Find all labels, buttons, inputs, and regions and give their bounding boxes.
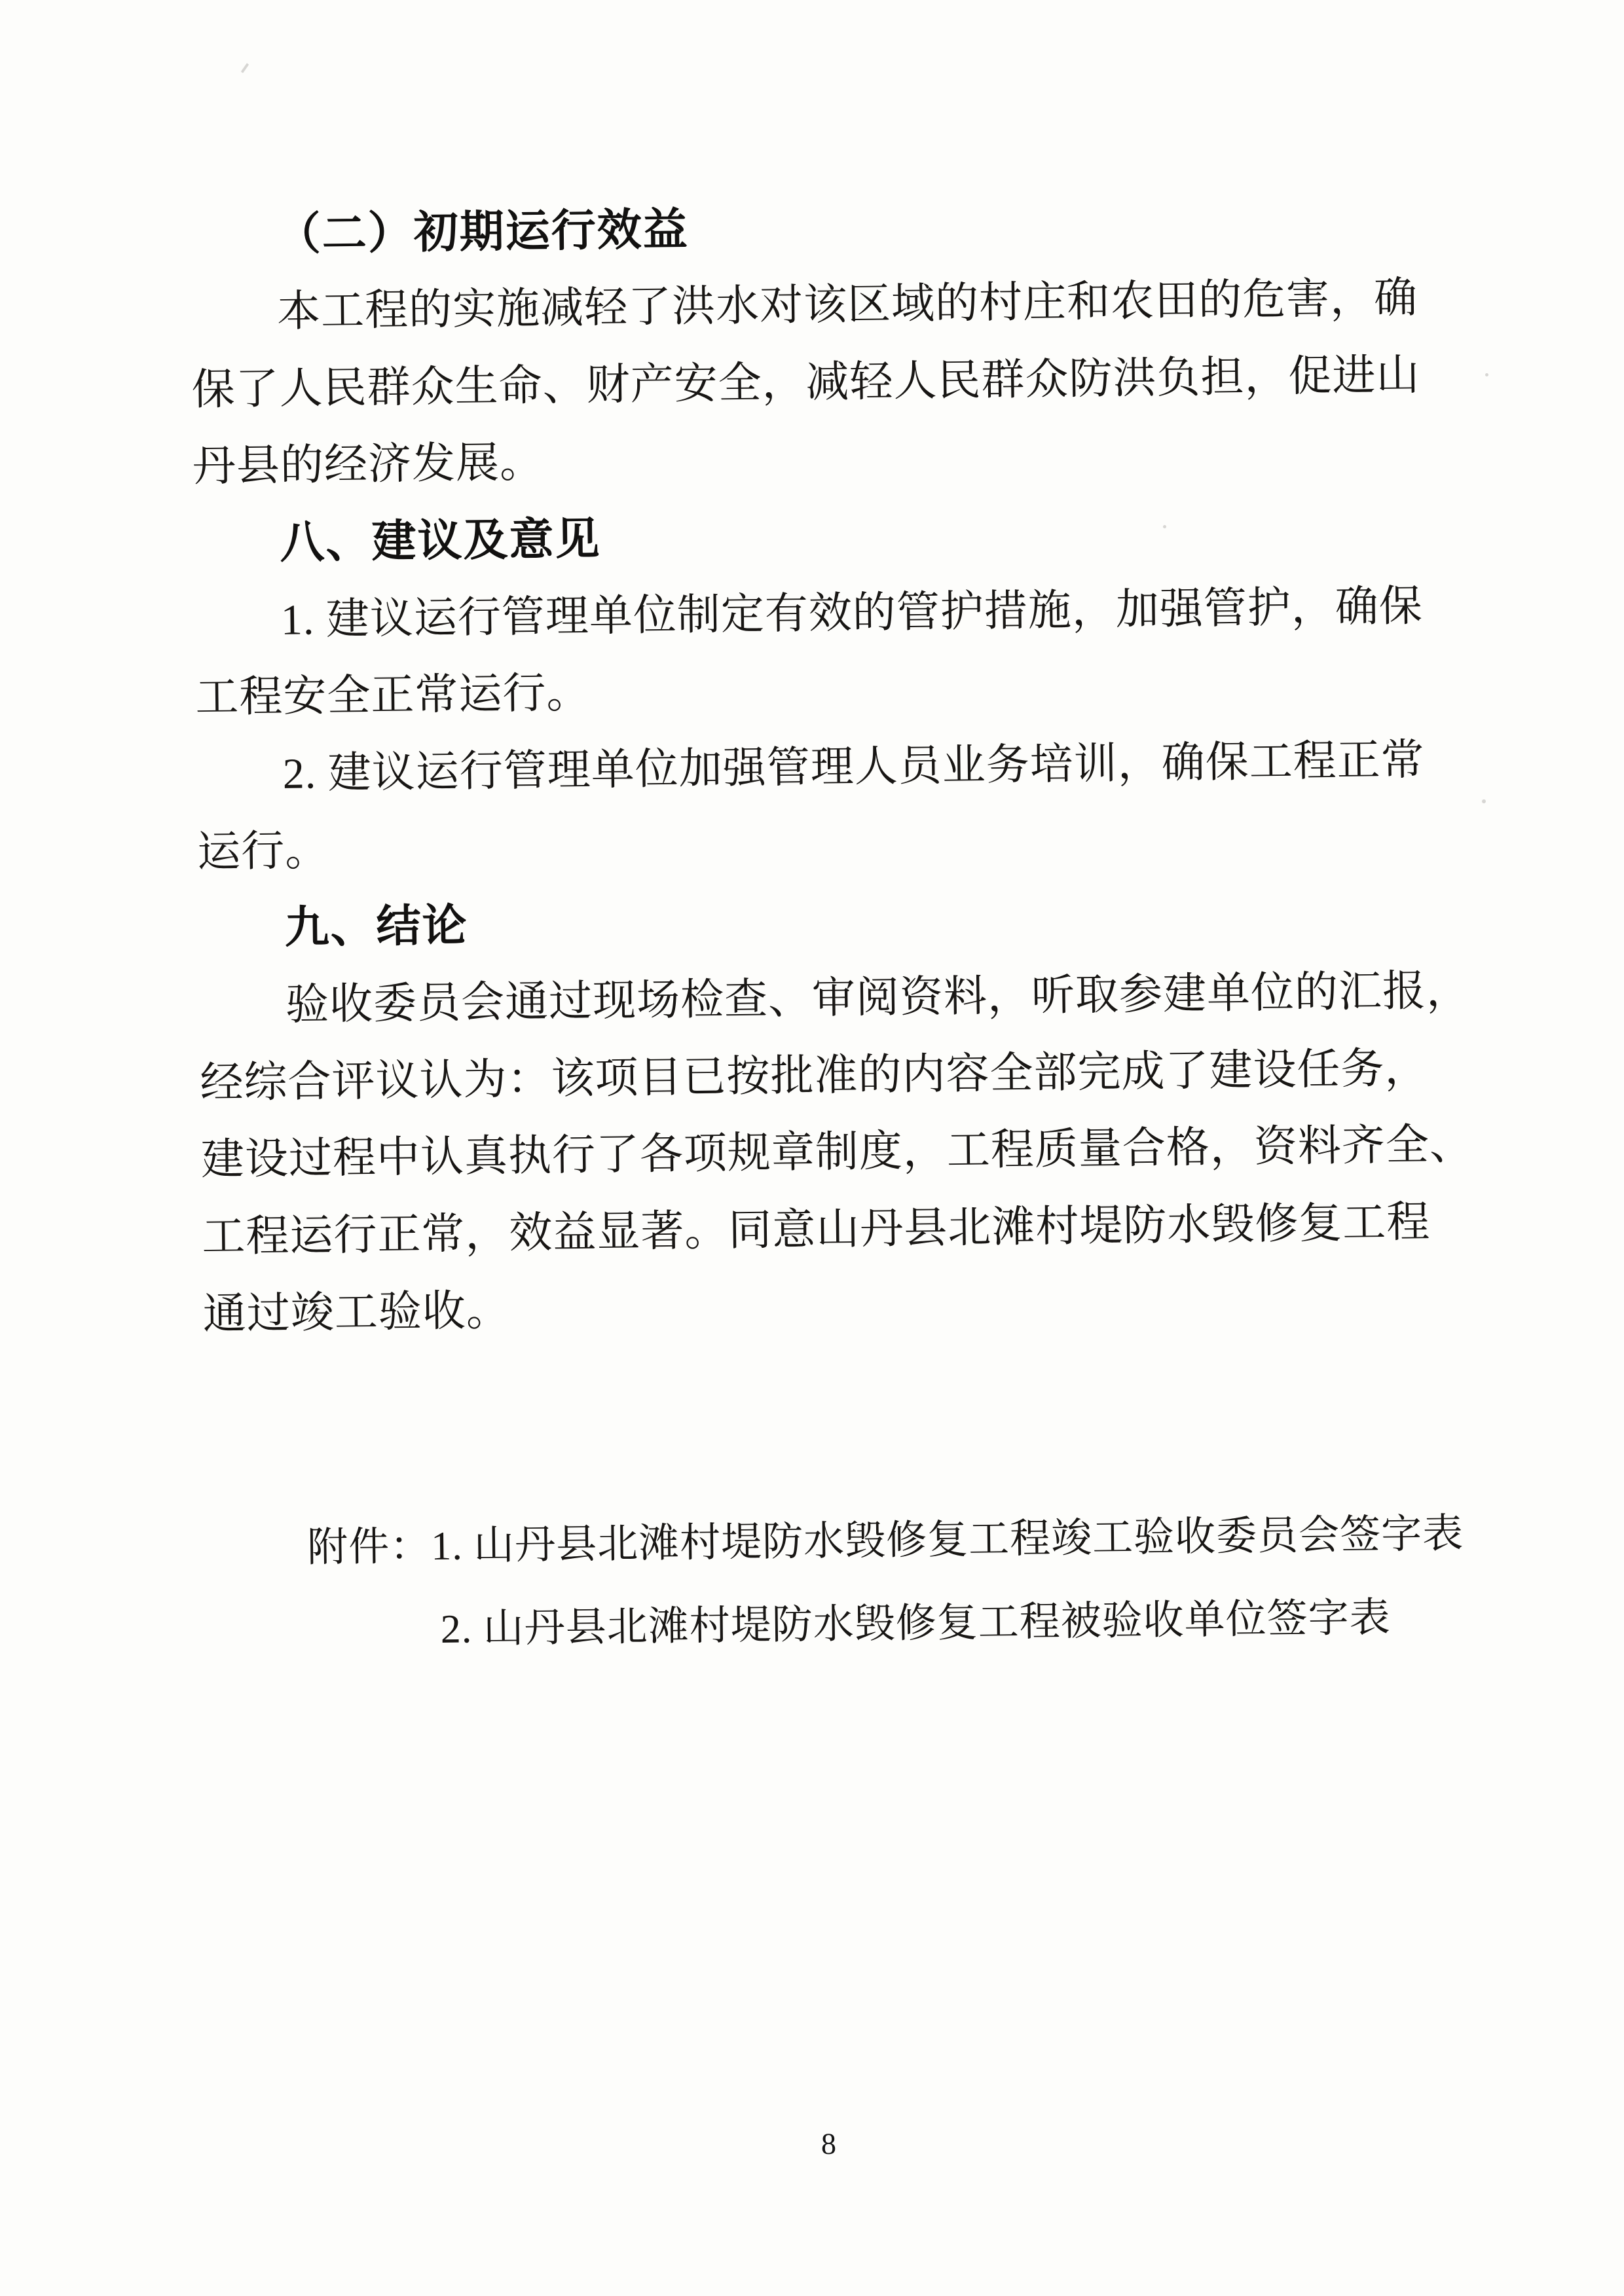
heading-conclusion: 九、结论 <box>284 900 468 952</box>
paragraph-conclusion-line-5: 通过竣工验收。 <box>202 1287 510 1339</box>
paragraph-benefit-line-1: 本工程的实施减轻了洪水对该区域的村庄和农田的危害，确 <box>277 274 1418 337</box>
scan-speck <box>1163 525 1166 528</box>
scanned-document-page: （二）初期运行效益 本工程的实施减轻了洪水对该区域的村庄和农田的危害，确 保了人… <box>0 0 1624 2296</box>
paragraph-conclusion-line-1: 验收委员会通过现场检查、审阅资料，听取参建单位的汇报， <box>286 967 1471 1030</box>
paragraph-suggestion1-line-2: 工程安全正常运行。 <box>195 669 591 722</box>
paragraph-suggestion2-line-2: 运行。 <box>197 827 329 877</box>
scan-speck <box>1482 799 1486 803</box>
paragraph-suggestion1-line-1: 1. 建议运行管理单位制定有效的管护措施，加强管护，确保 <box>280 583 1423 645</box>
paragraph-conclusion-line-2: 经综合评议认为：该项目已按批准的内容全部完成了建设任务， <box>200 1045 1429 1108</box>
attachment-item-1: 附件：1. 山丹县北滩村堤防水毁修复工程竣工验收委员会签字表 <box>307 1511 1464 1571</box>
paragraph-benefit-line-2: 保了人民群众生命、财产安全，减轻人民群众防洪负担，促进山 <box>191 352 1420 415</box>
scan-speck <box>1485 373 1488 376</box>
paragraph-conclusion-line-4: 工程运行正常，效益显著。同意山丹县北滩村堤防水毁修复工程 <box>202 1198 1431 1262</box>
paragraph-benefit-line-3: 丹县的经济发展。 <box>193 439 544 492</box>
document-text-block: （二）初期运行效益 本工程的实施减轻了洪水对该区域的村庄和农田的危害，确 保了人… <box>0 0 1624 2296</box>
paragraph-conclusion-line-3: 建设过程中认真执行了各项规章制度，工程质量合格，资料齐全、 <box>201 1121 1474 1185</box>
heading-initial-operation-benefit: （二）初期运行效益 <box>276 204 689 259</box>
heading-suggestions: 八、建议及意见 <box>280 514 601 568</box>
paragraph-suggestion2-line-1: 2. 建议运行管理单位加强管理人员业务培训，确保工程正常 <box>282 737 1425 799</box>
page-number: 8 <box>16 2117 1624 2171</box>
attachment-item-2: 2. 山丹县北滩村堤防水毁修复工程被验收单位签字表 <box>440 1595 1391 1652</box>
